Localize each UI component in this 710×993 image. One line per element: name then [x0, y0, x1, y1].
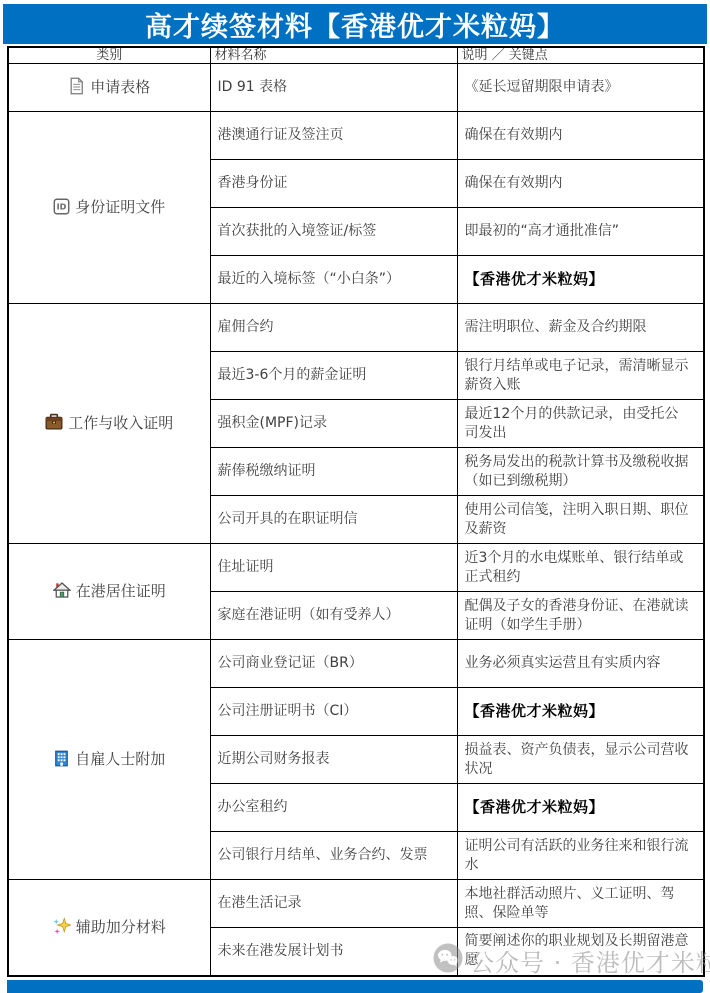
briefcase-icon: [45, 413, 63, 435]
material-note-cell: 近3个月的水电煤账单、银行结单或正式租约: [457, 544, 704, 592]
material-note-cell: 《延长逗留期限申请表》: [457, 64, 704, 112]
page-title: 高才续签材料【香港优才米粒妈】: [3, 4, 707, 44]
materials-table: 类别 材料名称 说明 ／ 关键点 申请表格ID 91 表格《延长逗留期限申请表》…: [7, 46, 705, 977]
material-note-cell: 本地社群活动照片、义工证明、驾照、保险单等: [457, 880, 704, 928]
material-note-cell: 证明公司有活跃的业务往来和银行流水: [457, 832, 704, 880]
material-name-cell: 住址证明: [210, 544, 457, 592]
table-row: 申请表格ID 91 表格《延长逗留期限申请表》: [8, 64, 704, 112]
material-note-cell: 银行月结单或电子记录，需清晰显示薪资入账: [457, 352, 704, 400]
material-name-cell: 强积金(MPF)记录: [210, 400, 457, 448]
category-cell: 辅助加分材料: [8, 880, 210, 976]
house-icon: [53, 581, 71, 603]
material-note-cell: 业务必须真实运营且有实质内容: [457, 640, 704, 688]
page-title-text: 高才续签材料【香港优才米粒妈】: [145, 5, 565, 44]
material-name-cell: ID 91 表格: [210, 64, 457, 112]
material-name-cell: 未来在港发展计划书: [210, 928, 457, 976]
category-label: 在港居住证明: [76, 582, 166, 600]
material-note-cell: 【香港优才米粒妈】: [457, 784, 704, 832]
col-header-notes: 说明 ／ 关键点: [457, 47, 704, 64]
material-note-cell: 使用公司信笺，注明入职日期、职位及薪资: [457, 496, 704, 544]
material-name-cell: 家庭在港证明（如有受养人）: [210, 592, 457, 640]
material-name-cell: 香港身份证: [210, 160, 457, 208]
table-row: ID身份证明文件港澳通行证及签注页确保在有效期内: [8, 112, 704, 160]
material-note-cell: 【香港优才米粒妈】: [457, 688, 704, 736]
material-note-cell: 确保在有效期内: [457, 160, 704, 208]
material-note-cell: 税务局发出的税款计算书及缴税收据（如已到缴税期）: [457, 448, 704, 496]
material-name-cell: 公司注册证明书（CI）: [210, 688, 457, 736]
material-name-cell: 港澳通行证及签注页: [210, 112, 457, 160]
office-building-icon: [53, 750, 70, 771]
category-cell: 工作与收入证明: [8, 304, 210, 544]
id-card-icon: ID: [53, 198, 70, 219]
svg-text:ID: ID: [57, 203, 67, 212]
material-note-cell: 【香港优才米粒妈】: [457, 256, 704, 304]
col-header-category: 类别: [8, 47, 210, 64]
material-name-cell: 雇佣合约: [210, 304, 457, 352]
category-label: 申请表格: [90, 78, 150, 96]
document-icon: [68, 77, 85, 99]
table-row: 工作与收入证明雇佣合约需注明职位、薪金及合约期限: [8, 304, 704, 352]
material-note-cell: 损益表、资产负债表，显示公司营收状况: [457, 736, 704, 784]
category-cell: 在港居住证明: [8, 544, 210, 640]
table-header-row: 类别 材料名称 说明 ／ 关键点: [8, 47, 704, 64]
material-name-cell: 公司开具的在职证明信: [210, 496, 457, 544]
material-name-cell: 公司商业登记证（BR）: [210, 640, 457, 688]
material-note-cell: 确保在有效期内: [457, 112, 704, 160]
material-name-cell: 最近的入境标签（“小白条”）: [210, 256, 457, 304]
material-name-cell: 公司银行月结单、业务合约、发票: [210, 832, 457, 880]
material-name-cell: 在港生活记录: [210, 880, 457, 928]
category-cell: 申请表格: [8, 64, 210, 112]
material-name-cell: 最近3-6个月的薪金证明: [210, 352, 457, 400]
table-row: 自雇人士附加公司商业登记证（BR）业务必须真实运营且有实质内容: [8, 640, 704, 688]
bottom-accent-bar: [7, 980, 703, 993]
col-header-material: 材料名称: [210, 47, 457, 64]
category-label: 自雇人士附加: [75, 750, 165, 768]
material-name-cell: 近期公司财务报表: [210, 736, 457, 784]
materials-table-body: 申请表格ID 91 表格《延长逗留期限申请表》ID身份证明文件港澳通行证及签注页…: [8, 64, 704, 976]
category-label: 身份证明文件: [75, 198, 165, 216]
material-note-cell: 配偶及子女的香港身份证、在港就读证明（如学生手册）: [457, 592, 704, 640]
material-name-cell: 首次获批的入境签证/标签: [210, 208, 457, 256]
material-note-cell: 即最初的“高才通批准信”: [457, 208, 704, 256]
material-name-cell: 薪俸税缴纳证明: [210, 448, 457, 496]
table-row: 在港居住证明住址证明近3个月的水电煤账单、银行结单或正式租约: [8, 544, 704, 592]
material-note-cell: 简要阐述你的职业规划及长期留港意愿: [457, 928, 704, 976]
material-note-cell: 需注明职位、薪金及合约期限: [457, 304, 704, 352]
category-cell: ID身份证明文件: [8, 112, 210, 304]
sparkles-icon: [53, 917, 71, 939]
category-label: 辅助加分材料: [76, 918, 166, 936]
category-label: 工作与收入证明: [68, 414, 173, 432]
material-name-cell: 办公室租约: [210, 784, 457, 832]
category-cell: 自雇人士附加: [8, 640, 210, 880]
material-note-cell: 最近12个月的供款记录，由受托公司发出: [457, 400, 704, 448]
table-row: 辅助加分材料在港生活记录本地社群活动照片、义工证明、驾照、保险单等: [8, 880, 704, 928]
